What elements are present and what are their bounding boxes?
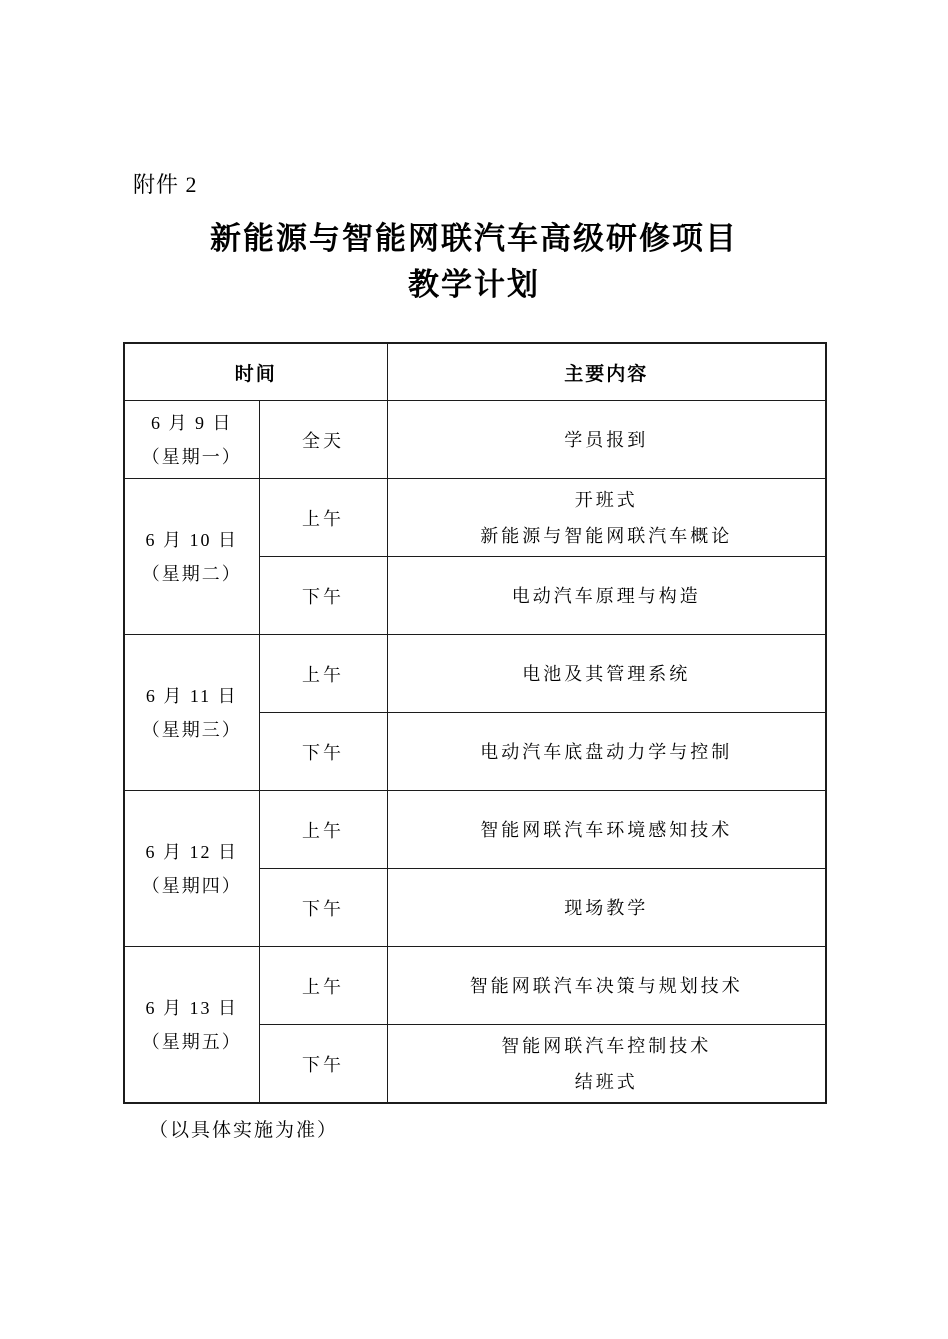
content-cell: 智能网联汽车控制技术 结班式 — [387, 1025, 826, 1104]
table-row: 6 月 10 日 （星期二） 上午 开班式 新能源与智能网联汽车概论 — [124, 479, 826, 557]
content-line: 电动汽车底盘动力学与控制 — [388, 734, 826, 770]
content-line: 电池及其管理系统 — [388, 656, 826, 692]
date-text: 6 月 9 日 — [125, 406, 259, 440]
weekday-text: （星期二） — [125, 557, 259, 591]
content-line: 现场教学 — [388, 890, 826, 926]
weekday-text: （星期三） — [125, 713, 259, 747]
weekday-text: （星期四） — [125, 869, 259, 903]
period-cell: 上午 — [259, 791, 387, 869]
content-line: 智能网联汽车控制技术 — [388, 1028, 826, 1064]
date-text: 6 月 13 日 — [125, 991, 259, 1025]
page-title-line1: 新能源与智能网联汽车高级研修项目 — [0, 219, 948, 259]
footnote: （以具体实施为准） — [149, 1115, 948, 1142]
date-cell-jun13: 6 月 13 日 （星期五） — [124, 947, 259, 1104]
date-cell-jun9: 6 月 9 日 （星期一） — [124, 401, 259, 479]
document-page: 附件 2 新能源与智能网联汽车高级研修项目 教学计划 时间 主要内容 6 月 9… — [0, 0, 948, 1339]
content-cell: 现场教学 — [387, 869, 826, 947]
content-line: 新能源与智能网联汽车概论 — [388, 518, 826, 554]
period-cell: 下午 — [259, 1025, 387, 1104]
table-row: 6 月 11 日 （星期三） 上午 电池及其管理系统 — [124, 635, 826, 713]
period-cell: 上午 — [259, 479, 387, 557]
header-cell-time: 时间 — [124, 343, 387, 401]
attachment-label: 附件 2 — [0, 0, 948, 198]
content-line: 结班式 — [388, 1064, 826, 1100]
period-cell: 上午 — [259, 635, 387, 713]
table-row: 6 月 9 日 （星期一） 全天 学员报到 — [124, 401, 826, 479]
page-title-line2: 教学计划 — [0, 265, 948, 305]
content-line: 电动汽车原理与构造 — [388, 578, 826, 614]
table-row: 6 月 12 日 （星期四） 上午 智能网联汽车环境感知技术 — [124, 791, 826, 869]
table-header-row: 时间 主要内容 — [124, 343, 826, 401]
content-line: 智能网联汽车环境感知技术 — [388, 812, 826, 848]
content-cell: 开班式 新能源与智能网联汽车概论 — [387, 479, 826, 557]
date-cell-jun10: 6 月 10 日 （星期二） — [124, 479, 259, 635]
date-text: 6 月 10 日 — [125, 523, 259, 557]
content-cell: 电动汽车底盘动力学与控制 — [387, 713, 826, 791]
content-cell: 智能网联汽车环境感知技术 — [387, 791, 826, 869]
content-cell: 智能网联汽车决策与规划技术 — [387, 947, 826, 1025]
weekday-text: （星期五） — [125, 1025, 259, 1059]
date-cell-jun12: 6 月 12 日 （星期四） — [124, 791, 259, 947]
schedule-table: 时间 主要内容 6 月 9 日 （星期一） 全天 学员报到 6 月 10 日 （… — [123, 342, 827, 1104]
content-line: 智能网联汽车决策与规划技术 — [388, 968, 826, 1004]
period-cell: 下午 — [259, 557, 387, 635]
content-cell: 电池及其管理系统 — [387, 635, 826, 713]
content-cell: 电动汽车原理与构造 — [387, 557, 826, 635]
period-cell: 上午 — [259, 947, 387, 1025]
header-cell-content: 主要内容 — [387, 343, 826, 401]
date-text: 6 月 12 日 — [125, 835, 259, 869]
period-cell: 全天 — [259, 401, 387, 479]
period-cell: 下午 — [259, 713, 387, 791]
table-row: 6 月 13 日 （星期五） 上午 智能网联汽车决策与规划技术 — [124, 947, 826, 1025]
period-cell: 下午 — [259, 869, 387, 947]
date-cell-jun11: 6 月 11 日 （星期三） — [124, 635, 259, 791]
weekday-text: （星期一） — [125, 440, 259, 474]
content-cell: 学员报到 — [387, 401, 826, 479]
date-text: 6 月 11 日 — [125, 679, 259, 713]
content-line: 学员报到 — [388, 422, 826, 458]
content-line: 开班式 — [388, 482, 826, 518]
